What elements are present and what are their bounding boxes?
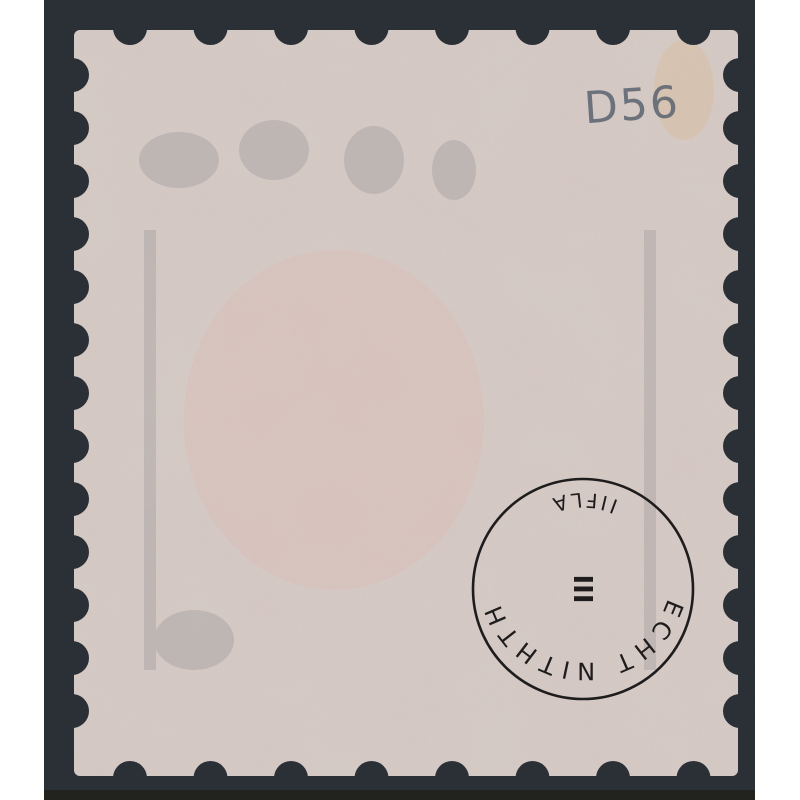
dark-background: D56 ECHT NITHTH IIFLA III xyxy=(44,0,755,800)
postmark-cancel: ECHT NITHTH IIFLA III xyxy=(470,476,696,702)
postmark-center-text: III xyxy=(567,574,597,603)
postmark-bottom-text: IIFLA xyxy=(546,488,621,519)
pencil-note: D56 xyxy=(582,77,681,135)
